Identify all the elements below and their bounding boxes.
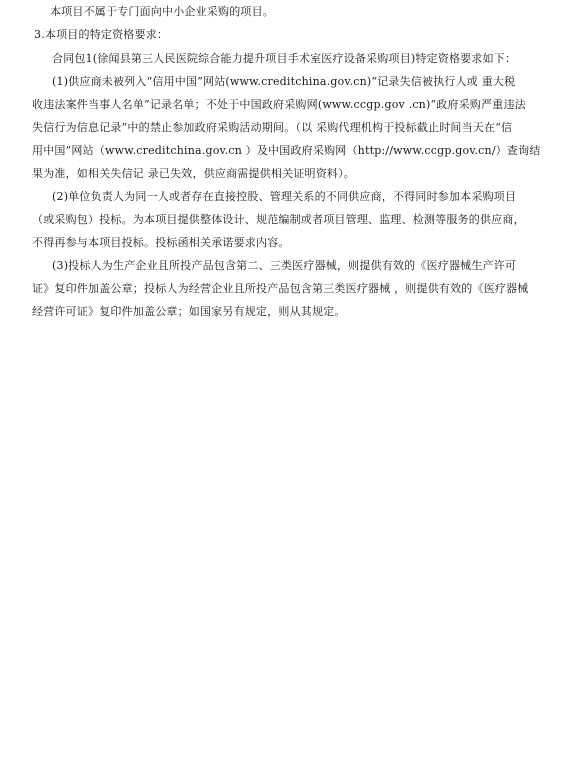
requirement-1-line: (1)供应商未被列入“信用中国”网站(www.creditchina.gov.c… — [52, 75, 515, 89]
package-requirements-line: 合同包1(徐闻县第三人民医院综合能力提升项目手术室医疗设备采购项目)特定资格要求… — [52, 52, 516, 66]
requirement-1-line: 失信行为信息记录”中的禁止参加政府采购活动期间。（以 采购代理机构于投标截止时间… — [32, 121, 512, 135]
sme-note: 本项目不属于专门面向中小企业采购的项目。 — [50, 5, 274, 19]
requirement-1-line: 收违法案件当事人名单”记录名单；不处于中国政府采购网(www.ccgp.gov … — [32, 98, 526, 112]
requirement-2-line: 不得再参与本项目投标。投标函相关承诺要求内容。 — [32, 236, 290, 250]
requirement-3-line: 经营许可证》复印件加盖公章；如国家另有规定，则从其规定。 — [32, 305, 346, 319]
requirement-3-line: (3)投标人为生产企业且所投产品包含第二、三类医疗器械，则提供有效的《医疗器械生… — [52, 259, 516, 273]
requirement-1-line: 果为准，如相关失信记 录已失效，供应商需提供相关证明资料）。 — [32, 167, 355, 181]
document-page-final: 本项目不属于专门面向中小企业采购的项目。 3.本项目的特定资格要求： 合同包1(… — [0, 0, 572, 780]
requirement-2-line: （或采购包）投标。为本项目提供整体设计、规范编制或者项目管理、监理、检测等服务的… — [32, 213, 525, 227]
requirement-2-line: (2)单位负责人为同一人或者存在直接控股、管理关系的不同供应商，不得同时参加本采… — [52, 190, 516, 204]
requirement-1-line: 用中国”网站（www.creditchina.gov.cn ）及中国政府采购网（… — [32, 144, 541, 158]
item3-title: 3.本项目的特定资格要求： — [34, 28, 168, 42]
requirement-3-line: 证》复印件加盖公章；投标人为经营企业且所投产品包含第三类医疗器械 ，则提供有效的… — [32, 282, 529, 296]
